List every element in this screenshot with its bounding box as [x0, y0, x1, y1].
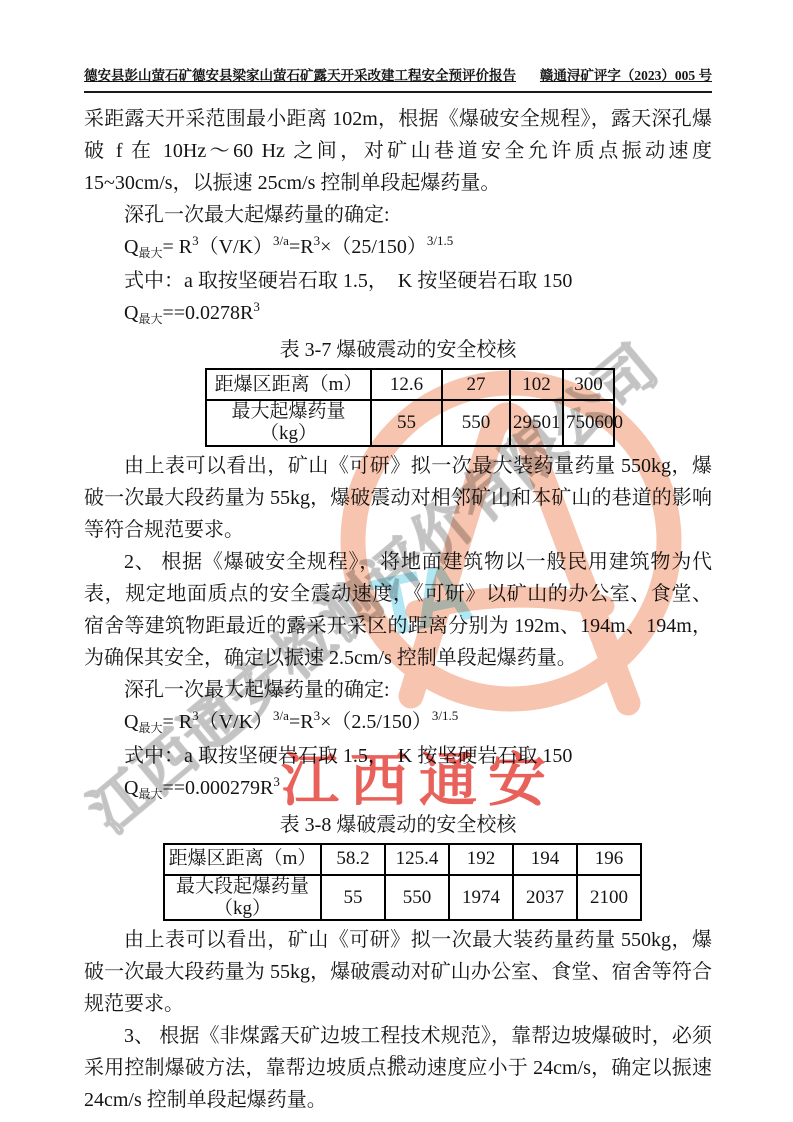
paragraph-parameters-1: 式中：a 取按坚硬岩石取 1.5， K 按坚硬岩石取 150: [84, 265, 712, 297]
formula-segment: 3: [253, 299, 260, 314]
table-3-8-cell: 55: [321, 875, 385, 921]
formula-segment: 3: [273, 774, 280, 789]
table-row: 距爆区距离（m） 58.2 125.4 192 194 196: [164, 844, 641, 875]
formula-segment: 最大: [138, 246, 162, 260]
formula-segment: ×（25/150）: [320, 236, 427, 258]
table-row: 距爆区距离（m） 12.6 27 102 300: [206, 369, 614, 400]
page-header: 德安县彭山萤石矿德安县梁家山萤石矿露天开采改建工程安全预评价报告 赣通浔矿评字（…: [84, 64, 712, 93]
formula-segment: Q: [124, 711, 138, 733]
formula-segment: 3/a: [273, 708, 289, 723]
table-3-8-cell: 192: [449, 844, 513, 875]
table-3-8-cell: 194: [513, 844, 577, 875]
formula-segment: ==0.0278R: [162, 302, 253, 324]
table-3-8-title: 表 3-8 爆破震动的安全校核: [84, 809, 712, 841]
table-3-8-row-label: 最大段起爆药量（kg）: [164, 875, 321, 921]
paragraph-conclusion-2: 由上表可以看出，矿山《可研》拟一次最大装药量药量 550kg，爆破一次最大段药量…: [84, 924, 712, 1020]
document-body: 采距露天开采范围最小距离 102m，根据《爆破安全规程》，露天深孔爆破 f 在 …: [84, 103, 712, 1116]
header-report-title: 德安县彭山萤石矿德安县梁家山萤石矿露天开采改建工程安全预评价报告: [84, 64, 516, 84]
formula-segment: 3/1.5: [432, 708, 458, 723]
formula-segment: （V/K）: [199, 236, 273, 258]
table-3-8-cell: 196: [577, 844, 641, 875]
formula-segment: = R: [162, 236, 192, 258]
formula-qmax-25cms: Q最大= R3（V/K）3/a=R3×（25/150）3/1.5: [84, 231, 712, 265]
formula-segment: Q: [124, 777, 138, 799]
table-3-7-cell: 12.6: [371, 369, 442, 400]
table-3-8-cell: 58.2: [321, 844, 385, 875]
formula-segment: Q: [124, 302, 138, 324]
formula-segment: （V/K）: [199, 711, 273, 733]
table-3-7-cell: 27: [442, 369, 510, 400]
formula-segment: Q: [124, 236, 138, 258]
table-3-7-cell: 29501: [510, 400, 563, 446]
table-3-7-cell: 55: [371, 400, 442, 446]
table-3-7-cell: 102: [510, 369, 563, 400]
formula-segment: =R: [289, 236, 314, 258]
table-3-7-cell: 750600: [563, 400, 614, 446]
formula-segment: ×（2.5/150）: [320, 711, 432, 733]
formula-qmax-2_5cms: Q最大= R3（V/K）3/a=R3×（2.5/150）3/1.5: [84, 706, 712, 740]
formula-result-0_0278: Q最大==0.0278R3: [84, 297, 712, 331]
formula-segment: = R: [162, 711, 192, 733]
formula-segment: 3: [192, 233, 199, 248]
paragraph-intro: 采距露天开采范围最小距离 102m，根据《爆破安全规程》，露天深孔爆破 f 在 …: [84, 103, 712, 199]
formula-segment: 最大: [138, 721, 162, 735]
table-3-7-cell: 550: [442, 400, 510, 446]
formula-segment: 最大: [138, 787, 162, 801]
paragraph-parameters-2: 式中：a 取按坚硬岩石取 1.5， K 按坚硬岩石取 150: [84, 740, 712, 772]
formula-segment: 3: [192, 708, 199, 723]
paragraph-determination-2: 深孔一次最大起爆药量的确定:: [84, 674, 712, 706]
table-3-7-cell: 300: [563, 369, 614, 400]
formula-segment: 3/1.5: [427, 233, 453, 248]
table-3-8-cell: 2100: [577, 875, 641, 921]
table-3-8-cell: 125.4: [385, 844, 449, 875]
page-number: 68: [0, 1053, 793, 1069]
table-row: 最大段起爆药量（kg） 55 550 1974 2037 2100: [164, 875, 641, 921]
formula-segment: =R: [289, 711, 314, 733]
formula-segment: 最大: [138, 312, 162, 326]
table-3-8-row-label: 距爆区距离（m）: [164, 844, 321, 875]
table-3-7-title: 表 3-7 爆破震动的安全校核: [84, 334, 712, 366]
formula-segment: 3/a: [273, 233, 289, 248]
paragraph-conclusion-1: 由上表可以看出，矿山《可研》拟一次最大装药量药量 550kg，爆破一次最大段药量…: [84, 450, 712, 546]
table-row: 最大起爆药量（kg） 55 550 29501 750600: [206, 400, 614, 446]
table-3-8-cell: 550: [385, 875, 449, 921]
table-3-7: 距爆区距离（m） 12.6 27 102 300 最大起爆药量（kg） 55 5…: [205, 368, 615, 447]
table-3-7-row-label: 最大起爆药量（kg）: [206, 400, 371, 446]
formula-segment: 3: [314, 233, 321, 248]
formula-segment: ==0.000279R: [162, 777, 273, 799]
table-3-8-cell: 2037: [513, 875, 577, 921]
table-3-8-cell: 1974: [449, 875, 513, 921]
table-3-7-row-label: 距爆区距离（m）: [206, 369, 371, 400]
table-3-8: 距爆区距离（m） 58.2 125.4 192 194 196 最大段起爆药量（…: [163, 843, 642, 922]
document-page: 德安县彭山萤石矿德安县梁家山萤石矿露天开采改建工程安全预评价报告 赣通浔矿评字（…: [0, 0, 793, 1122]
paragraph-determination-1: 深孔一次最大起爆药量的确定:: [84, 199, 712, 231]
formula-result-0_000279: Q最大==0.000279R3: [84, 772, 712, 806]
header-doc-number: 赣通浔矿评字（2023）005 号: [540, 64, 712, 84]
formula-segment: 3: [314, 708, 321, 723]
paragraph-item-2: 2、 根据《爆破安全规程》，将地面建筑物以一般民用建筑物为代表，规定地面质点的安…: [84, 546, 712, 674]
